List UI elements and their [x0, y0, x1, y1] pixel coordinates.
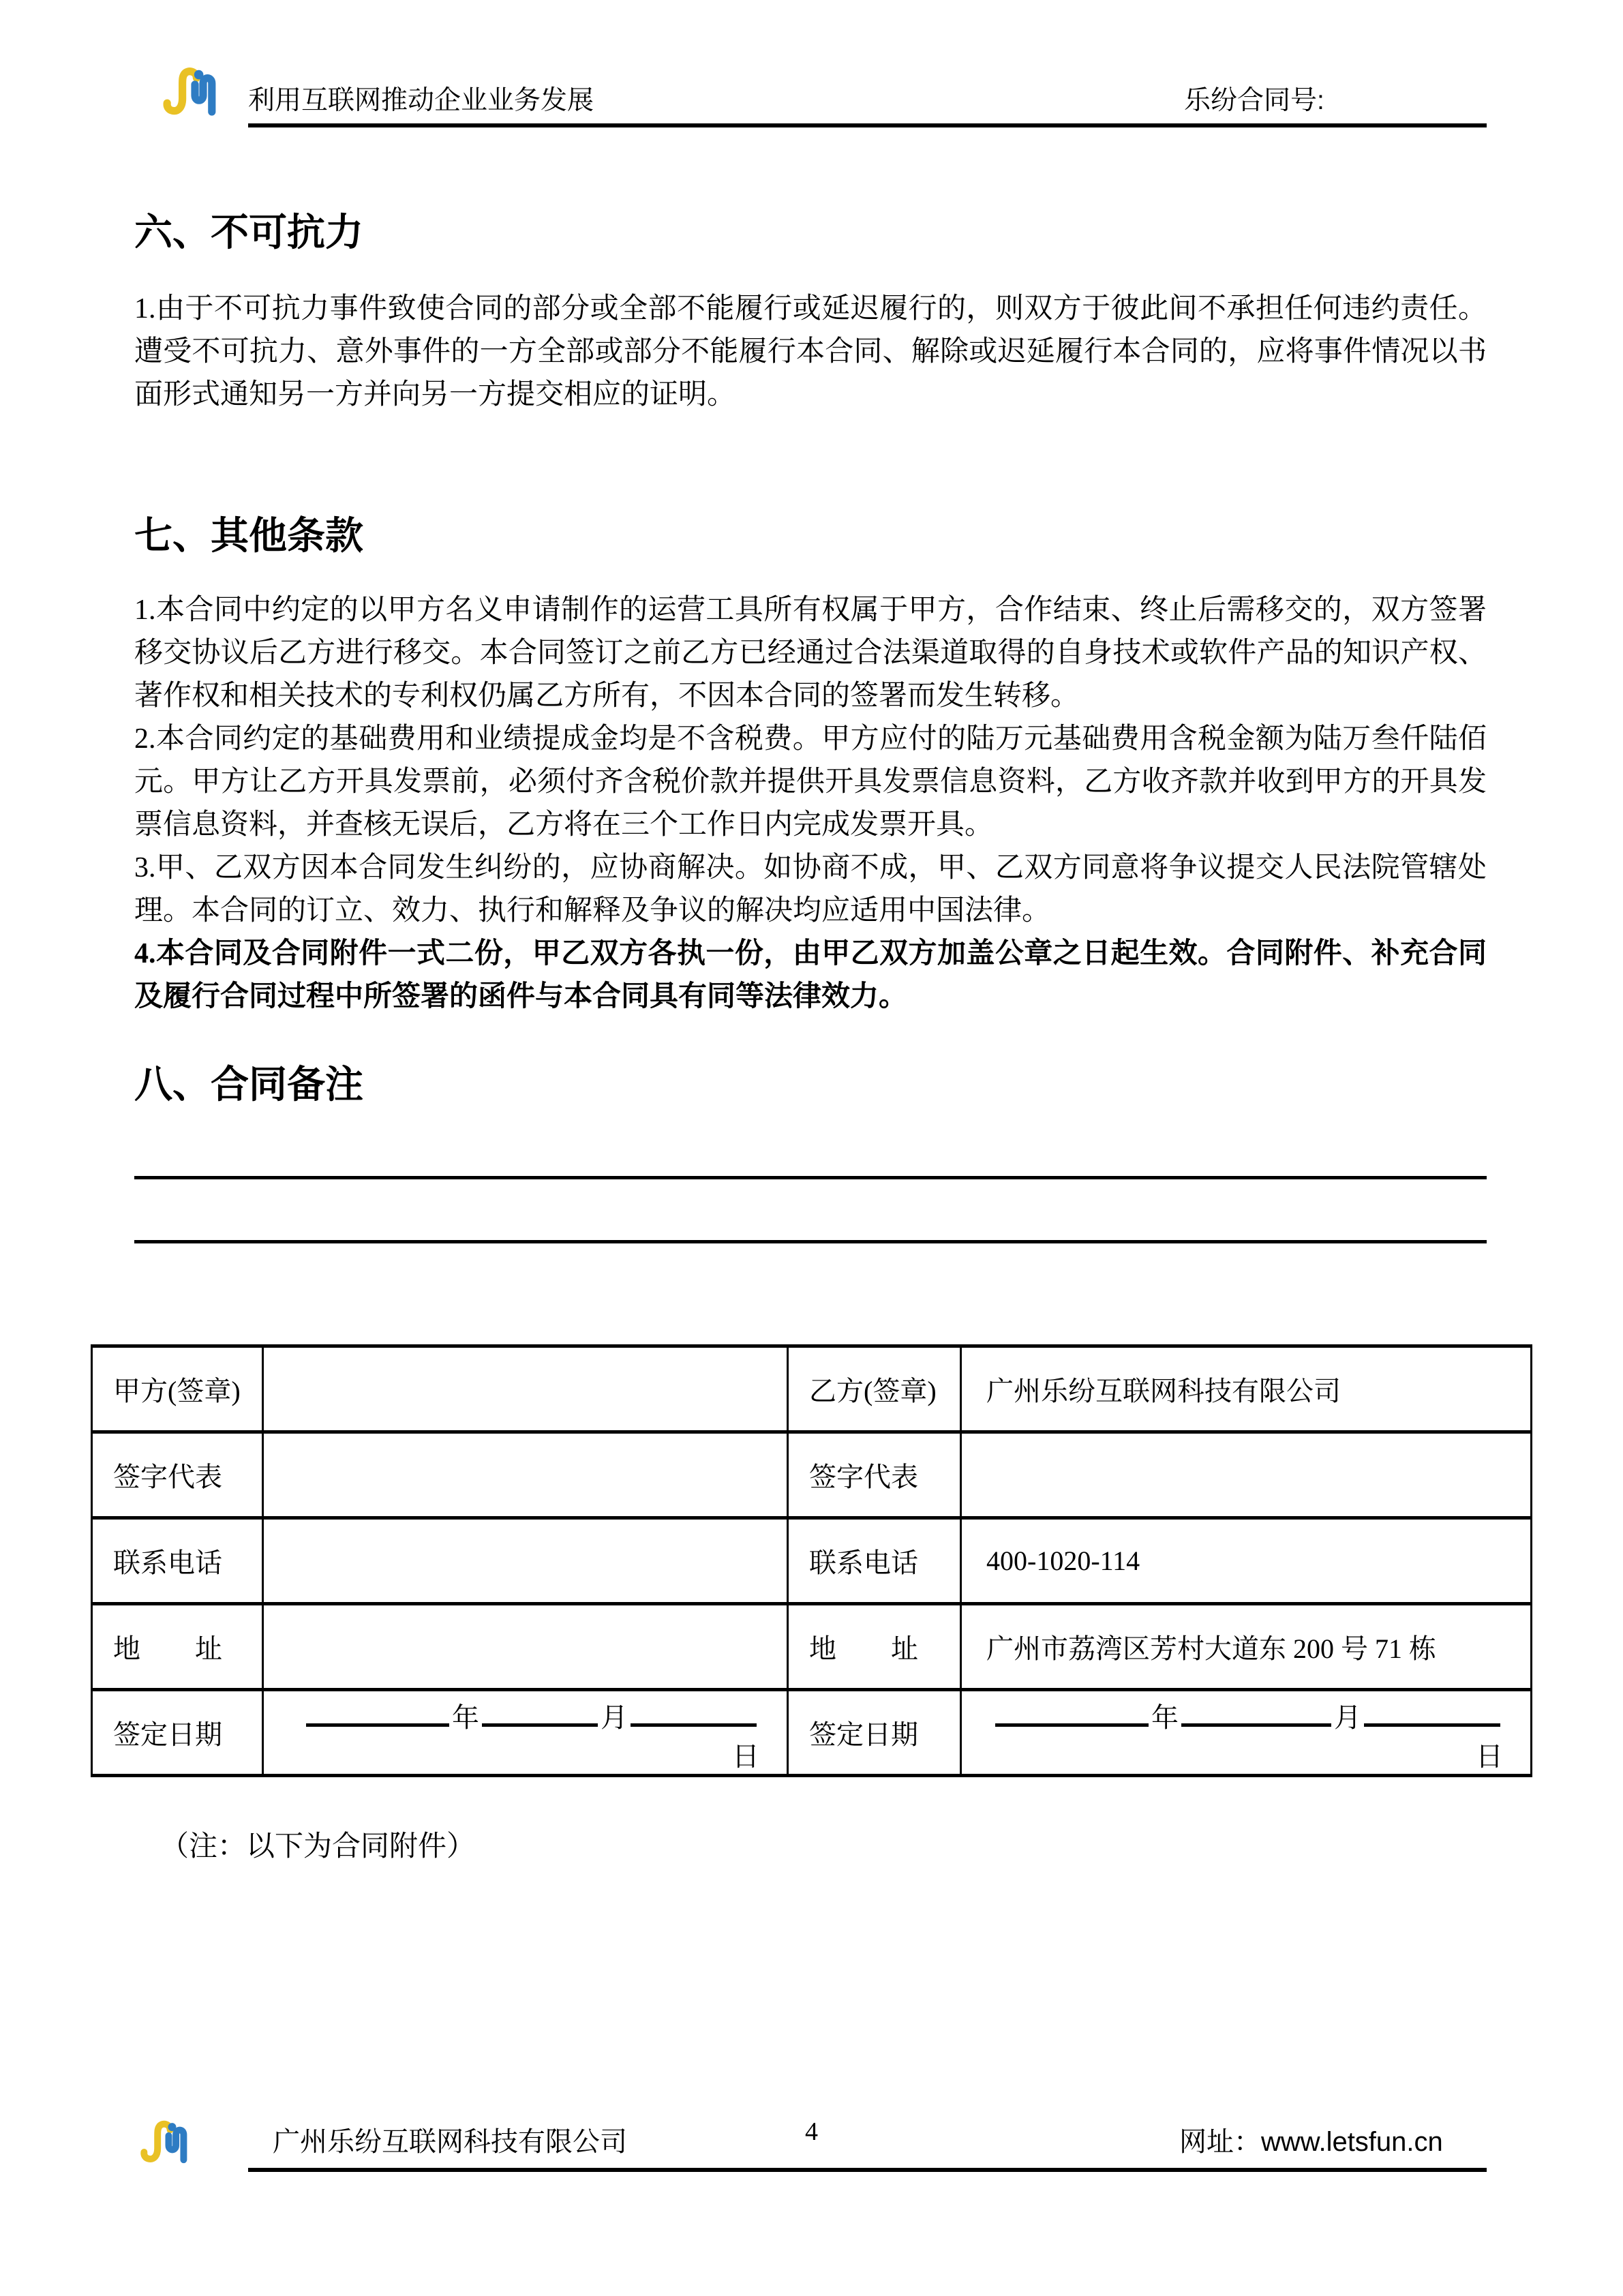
party-b-address-value: 广州市荔湾区芳村大道东 200 号 71 栋 [961, 1604, 1532, 1690]
remarks-blank-line-2 [134, 1240, 1487, 1243]
month-label: 月 [601, 1702, 628, 1733]
year-label: 年 [452, 1702, 479, 1733]
party-b-phone-value: 400-1020-114 [961, 1518, 1532, 1604]
paragraph: 2.本合同约定的基础费用和业绩提成金均是不含税费。甲方应付的陆万元基础费用含税金… [134, 718, 1487, 847]
header-contract-no-label: 乐纷合同号: [1184, 87, 1324, 114]
date-blank-line [1181, 1692, 1331, 1727]
date-blank-line [1364, 1692, 1500, 1727]
party-a-seal-label: 甲方(签章) [92, 1346, 263, 1432]
day-label: 日 [1476, 1741, 1503, 1772]
signature-table: 甲方(签章) 乙方(签章) 广州乐纷互联网科技有限公司 签字代表 签字代表 联系… [91, 1344, 1532, 1777]
table-row-sign-date: 签定日期 年月日 签定日期 年月日 [92, 1690, 1532, 1776]
party-a-rep-value [263, 1432, 788, 1518]
letsfun-logo-icon [162, 63, 233, 128]
table-row-seal: 甲方(签章) 乙方(签章) 广州乐纷互联网科技有限公司 [92, 1346, 1532, 1432]
footer-website: 网址：www.letsfun.cn [1179, 2128, 1443, 2156]
party-b-date-value: 年月日 [961, 1690, 1532, 1776]
contract-page: 利用互联网推动企业业务发展 乐纷合同号: 六、不可抗力 1.由于不可抗力事件致使… [0, 0, 1623, 2296]
table-row-phone: 联系电话 联系电话 400-1020-114 [92, 1518, 1532, 1604]
party-b-rep-value [961, 1432, 1532, 1518]
party-b-seal-label: 乙方(签章) [788, 1346, 961, 1432]
paragraph: 1.由于不可抗力事件致使合同的部分或全部不能履行或延迟履行的，则双方于彼此间不承… [134, 288, 1487, 417]
party-a-seal-value [263, 1346, 788, 1432]
date-blank-line [306, 1692, 449, 1727]
party-b-date-label: 签定日期 [788, 1690, 961, 1776]
party-a-phone-label: 联系电话 [92, 1518, 263, 1604]
party-a-phone-value [263, 1518, 788, 1604]
section-8-title: 八、合同备注 [134, 1063, 363, 1107]
party-a-date-value: 年月日 [263, 1690, 788, 1776]
year-label: 年 [1151, 1702, 1179, 1733]
party-b-seal-value: 广州乐纷互联网科技有限公司 [961, 1346, 1532, 1432]
party-b-address-label: 地 址 [788, 1604, 961, 1690]
month-label: 月 [1334, 1702, 1361, 1733]
section-7-body: 1.本合同中约定的以甲方名义申请制作的运营工具所有权属于甲方，合作结束、终止后需… [134, 589, 1487, 1018]
header-slogan: 利用互联网推动企业业务发展 [248, 87, 594, 114]
table-row-representative: 签字代表 签字代表 [92, 1432, 1532, 1518]
party-a-address-value [263, 1604, 788, 1690]
date-blank-line [631, 1692, 757, 1727]
date-blank-line [482, 1692, 598, 1727]
paragraph: 1.本合同中约定的以甲方名义申请制作的运营工具所有权属于甲方，合作结束、终止后需… [134, 589, 1487, 718]
footer-divider [248, 2168, 1487, 2172]
party-b-phone-label: 联系电话 [788, 1518, 961, 1604]
paragraph: 3.甲、乙双方因本合同发生纠纷的，应协商解决。如协商不成，甲、乙双方同意将争议提… [134, 847, 1487, 933]
date-blank-line [995, 1692, 1149, 1727]
table-row-address: 地 址 地 址 广州市荔湾区芳村大道东 200 号 71 栋 [92, 1604, 1532, 1690]
section-6-title: 六、不可抗力 [134, 211, 363, 255]
header-divider [248, 123, 1487, 127]
party-a-address-label: 地 址 [92, 1604, 263, 1690]
paragraph-bold: 4.本合同及合同附件一式二份，甲乙双方各执一份，由甲乙双方加盖公章之日起生效。合… [134, 933, 1487, 1018]
remarks-blank-line-1 [134, 1176, 1487, 1179]
party-b-rep-label: 签字代表 [788, 1432, 961, 1518]
logo-un-stroke [195, 78, 212, 112]
party-a-rep-label: 签字代表 [92, 1432, 263, 1518]
party-a-date-label: 签定日期 [92, 1690, 263, 1776]
section-7-title: 七、其他条款 [134, 515, 363, 558]
attachment-note: （注：以下为合同附件） [160, 1828, 475, 1866]
day-label: 日 [732, 1741, 759, 1772]
section-6-body: 1.由于不可抗力事件致使合同的部分或全部不能履行或延迟履行的，则双方于彼此间不承… [134, 288, 1487, 417]
